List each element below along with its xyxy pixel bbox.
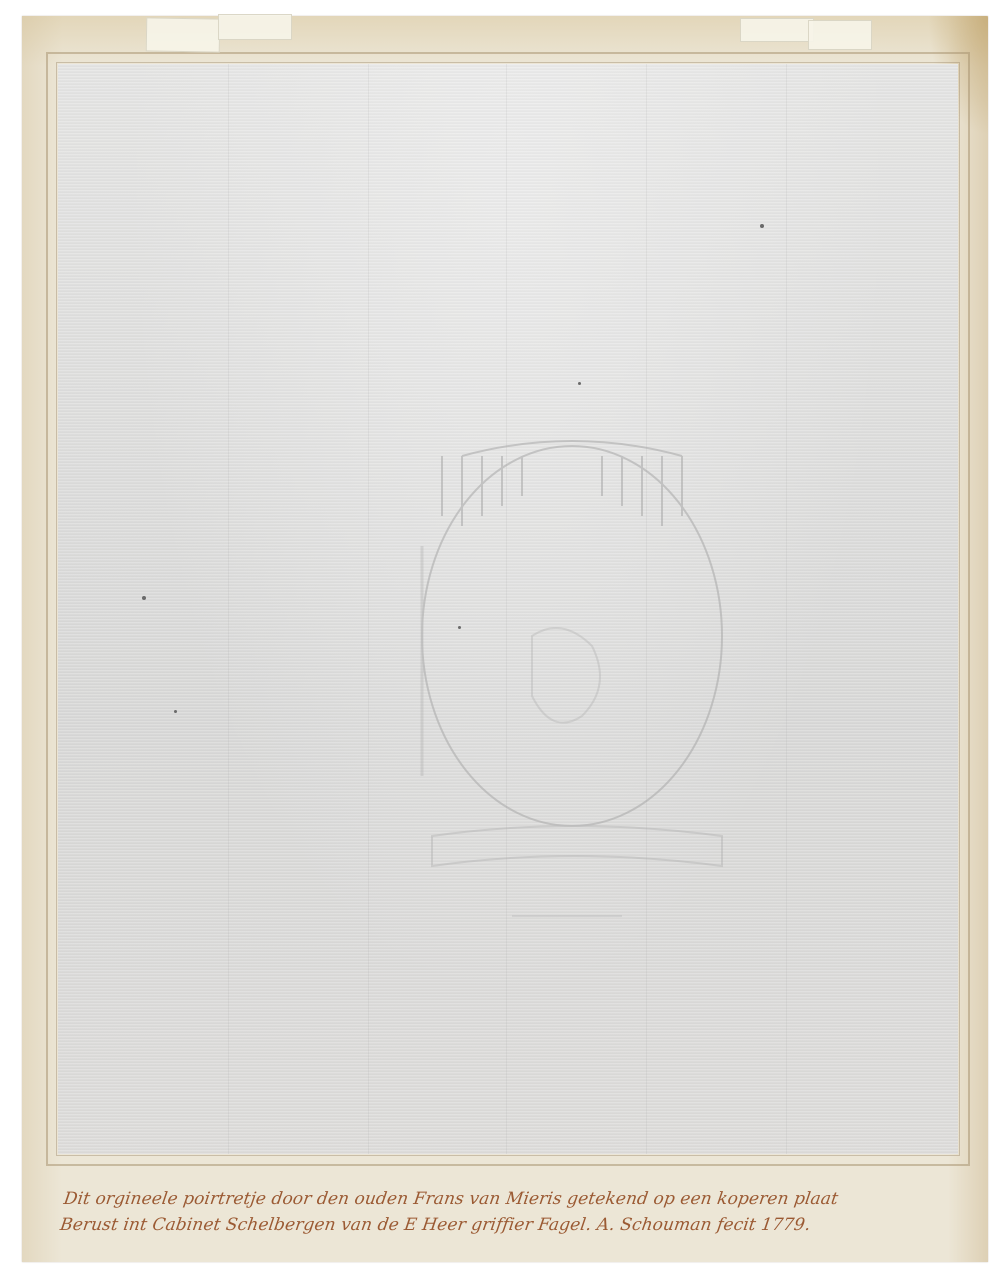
tape-right-2: [808, 20, 872, 50]
foxing-speck: [142, 596, 146, 600]
handwritten-inscription: Dit orgineele poirtretje door den ouden …: [58, 1186, 975, 1238]
paper-sheet: [22, 16, 988, 1262]
inscription-line-2: Berust int Cabinet Schelbergen van de E …: [58, 1212, 972, 1238]
foxing-speck: [578, 382, 581, 385]
show-through-portrait: [362, 396, 882, 1016]
foxing-speck: [174, 710, 177, 713]
tape-left-2: [218, 14, 292, 40]
chain-line: [228, 64, 229, 1154]
tape-right-1: [740, 18, 814, 42]
foxing-speck: [760, 224, 764, 228]
tape-left-1: [146, 17, 221, 52]
inscription-line-1: Dit orgineele poirtretje door den ouden …: [62, 1186, 976, 1212]
